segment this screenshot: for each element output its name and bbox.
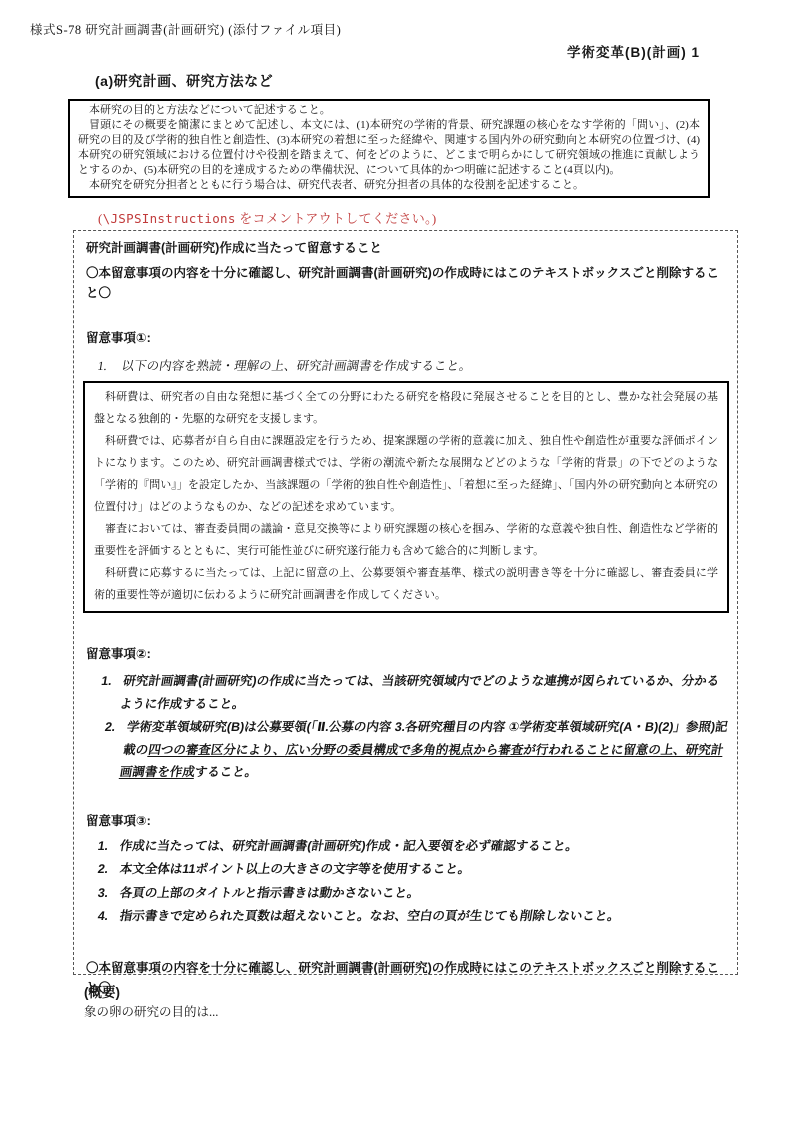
list-item-text: 本文全体は11ポイント以上の大きさの文字等を使用すること。 [118, 858, 729, 881]
kakenhi-paragraph: 科研費は、研究者の自由な発想に基づく全ての分野にわたる研究を格段に発展させること… [94, 386, 718, 430]
notice-section-2-list: 1. 研究計画調書(計画研究)の作成に当たっては、当該研究領域内でどのような連携… [86, 670, 725, 784]
list-item-number: 1. [96, 356, 123, 376]
section-a-heading: (a)研究計画、研究方法など [95, 71, 273, 91]
instruction-paragraph: 本研究の目的と方法などについて記述すること。 [78, 103, 700, 118]
kakenhi-paragraph: 科研費に応募するに当たっては、上記に留意の上、公募要領や審査基準、様式の説明書き… [94, 562, 718, 606]
delete-instruction-bottom: 〇本留意事項の内容を十分に確認し、研究計画調書(計画研究)の作成時にはこのテキス… [86, 958, 725, 998]
list-item-text: 作成に当たっては、研究計画調書(計画研究)作成・記入要領を必ず確認すること。 [118, 835, 729, 858]
page-header-right: 学術変革(B)(計画) 1 [567, 41, 700, 61]
item-text-plain: すること。 [194, 765, 259, 779]
instruction-paragraph: 冒頭にその概要を簡潔にまとめて記述し、本文には、(1)本研究の学術的背景、研究課… [78, 118, 700, 178]
notice-section-2-item: 1. 研究計画調書(計画研究)の作成に当たっては、当該研究領域内でどのような連携… [96, 670, 732, 715]
notice-section-3-item: 3. 各頁の上部のタイトルと指示書きは動かさないこと。 [96, 882, 729, 905]
jsps-command-text: \JSPSInstructions [103, 211, 236, 226]
notice-section-1-item: 1. 以下の内容を熟読・理解の上、研究計画調書を作成すること。 [96, 356, 728, 376]
notice-section-3-item: 1. 作成に当たっては、研究計画調書(計画研究)作成・記入要領を必ず確認すること… [96, 835, 729, 858]
list-item-text: 研究計画調書(計画研究)の作成に当たっては、当該研究領域内でどのような連携が図ら… [118, 670, 732, 715]
instruction-box: 本研究の目的と方法などについて記述すること。 冒頭にその概要を簡潔にまとめて記述… [68, 99, 710, 198]
summary-heading: (概要) [84, 981, 120, 1001]
notice-section-3-item: 4. 指示書きで定められた頁数は超えないこと。なお、空白の頁が生じても削除しない… [96, 905, 729, 928]
instruction-paragraph: 本研究を研究分担者とともに行う場合は、研究代表者、研究分担者の具体的な役割を記述… [78, 178, 700, 193]
list-item-text: 各頁の上部のタイトルと指示書きは動かさないこと。 [118, 882, 729, 905]
form-id-label: 様式S-78 研究計画調書(計画研究) (添付ファイル項目) [30, 20, 341, 38]
delete-instruction-top: 〇本留意事項の内容を十分に確認し、研究計画調書(計画研究)の作成時にはこのテキス… [86, 263, 725, 303]
jsps-comment-note: (\JSPSInstructions をコメントアウトしてください。) [98, 208, 436, 227]
kakenhi-paragraph: 科研費では、応募者が自ら自由に課題設定を行うため、提案課題の学術的意義に加え、独… [94, 430, 718, 518]
notice-section-3-item: 2. 本文全体は11ポイント以上の大きさの文字等を使用すること。 [96, 858, 729, 881]
notice-section-2-label: 留意事項②: [86, 644, 725, 664]
notice-title: 研究計画調書(計画研究)作成に当たって留意すること [86, 238, 725, 258]
list-item-text: 以下の内容を熟読・理解の上、研究計画調書を作成すること。 [120, 356, 473, 376]
list-item-text: 学術変革領域研究(B)は公募要領(「Ⅱ.公募の内容 3.各研究種目の内容 ①学術… [118, 716, 736, 784]
notice-section-3-list: 1. 作成に当たっては、研究計画調書(計画研究)作成・記入要領を必ず確認すること… [86, 835, 725, 928]
document-page: { "colors": { "red_note": "#C13B3B" }, "… [0, 0, 794, 1123]
notice-textbox: 研究計画調書(計画研究)作成に当たって留意すること 〇本留意事項の内容を十分に確… [73, 230, 738, 975]
list-item-text: 指示書きで定められた頁数は超えないこと。なお、空白の頁が生じても削除しないこと。 [118, 905, 729, 928]
kakenhi-description-box: 科研費は、研究者の自由な発想に基づく全ての分野にわたる研究を格段に発展させること… [83, 381, 729, 613]
notice-section-3-label: 留意事項③: [86, 811, 725, 831]
jsps-note-close: をコメントアウトしてください。) [236, 211, 437, 226]
notice-section-2-item: 2. 学術変革領域研究(B)は公募要領(「Ⅱ.公募の内容 3.各研究種目の内容 … [96, 716, 736, 784]
summary-body-text: 象の卵の研究の目的は... [84, 1002, 218, 1020]
kakenhi-paragraph: 審査においては、審査委員間の議論・意見交換等により研究課題の核心を掴み、学術的な… [94, 518, 718, 562]
notice-section-1-label: 留意事項①: [86, 328, 725, 348]
